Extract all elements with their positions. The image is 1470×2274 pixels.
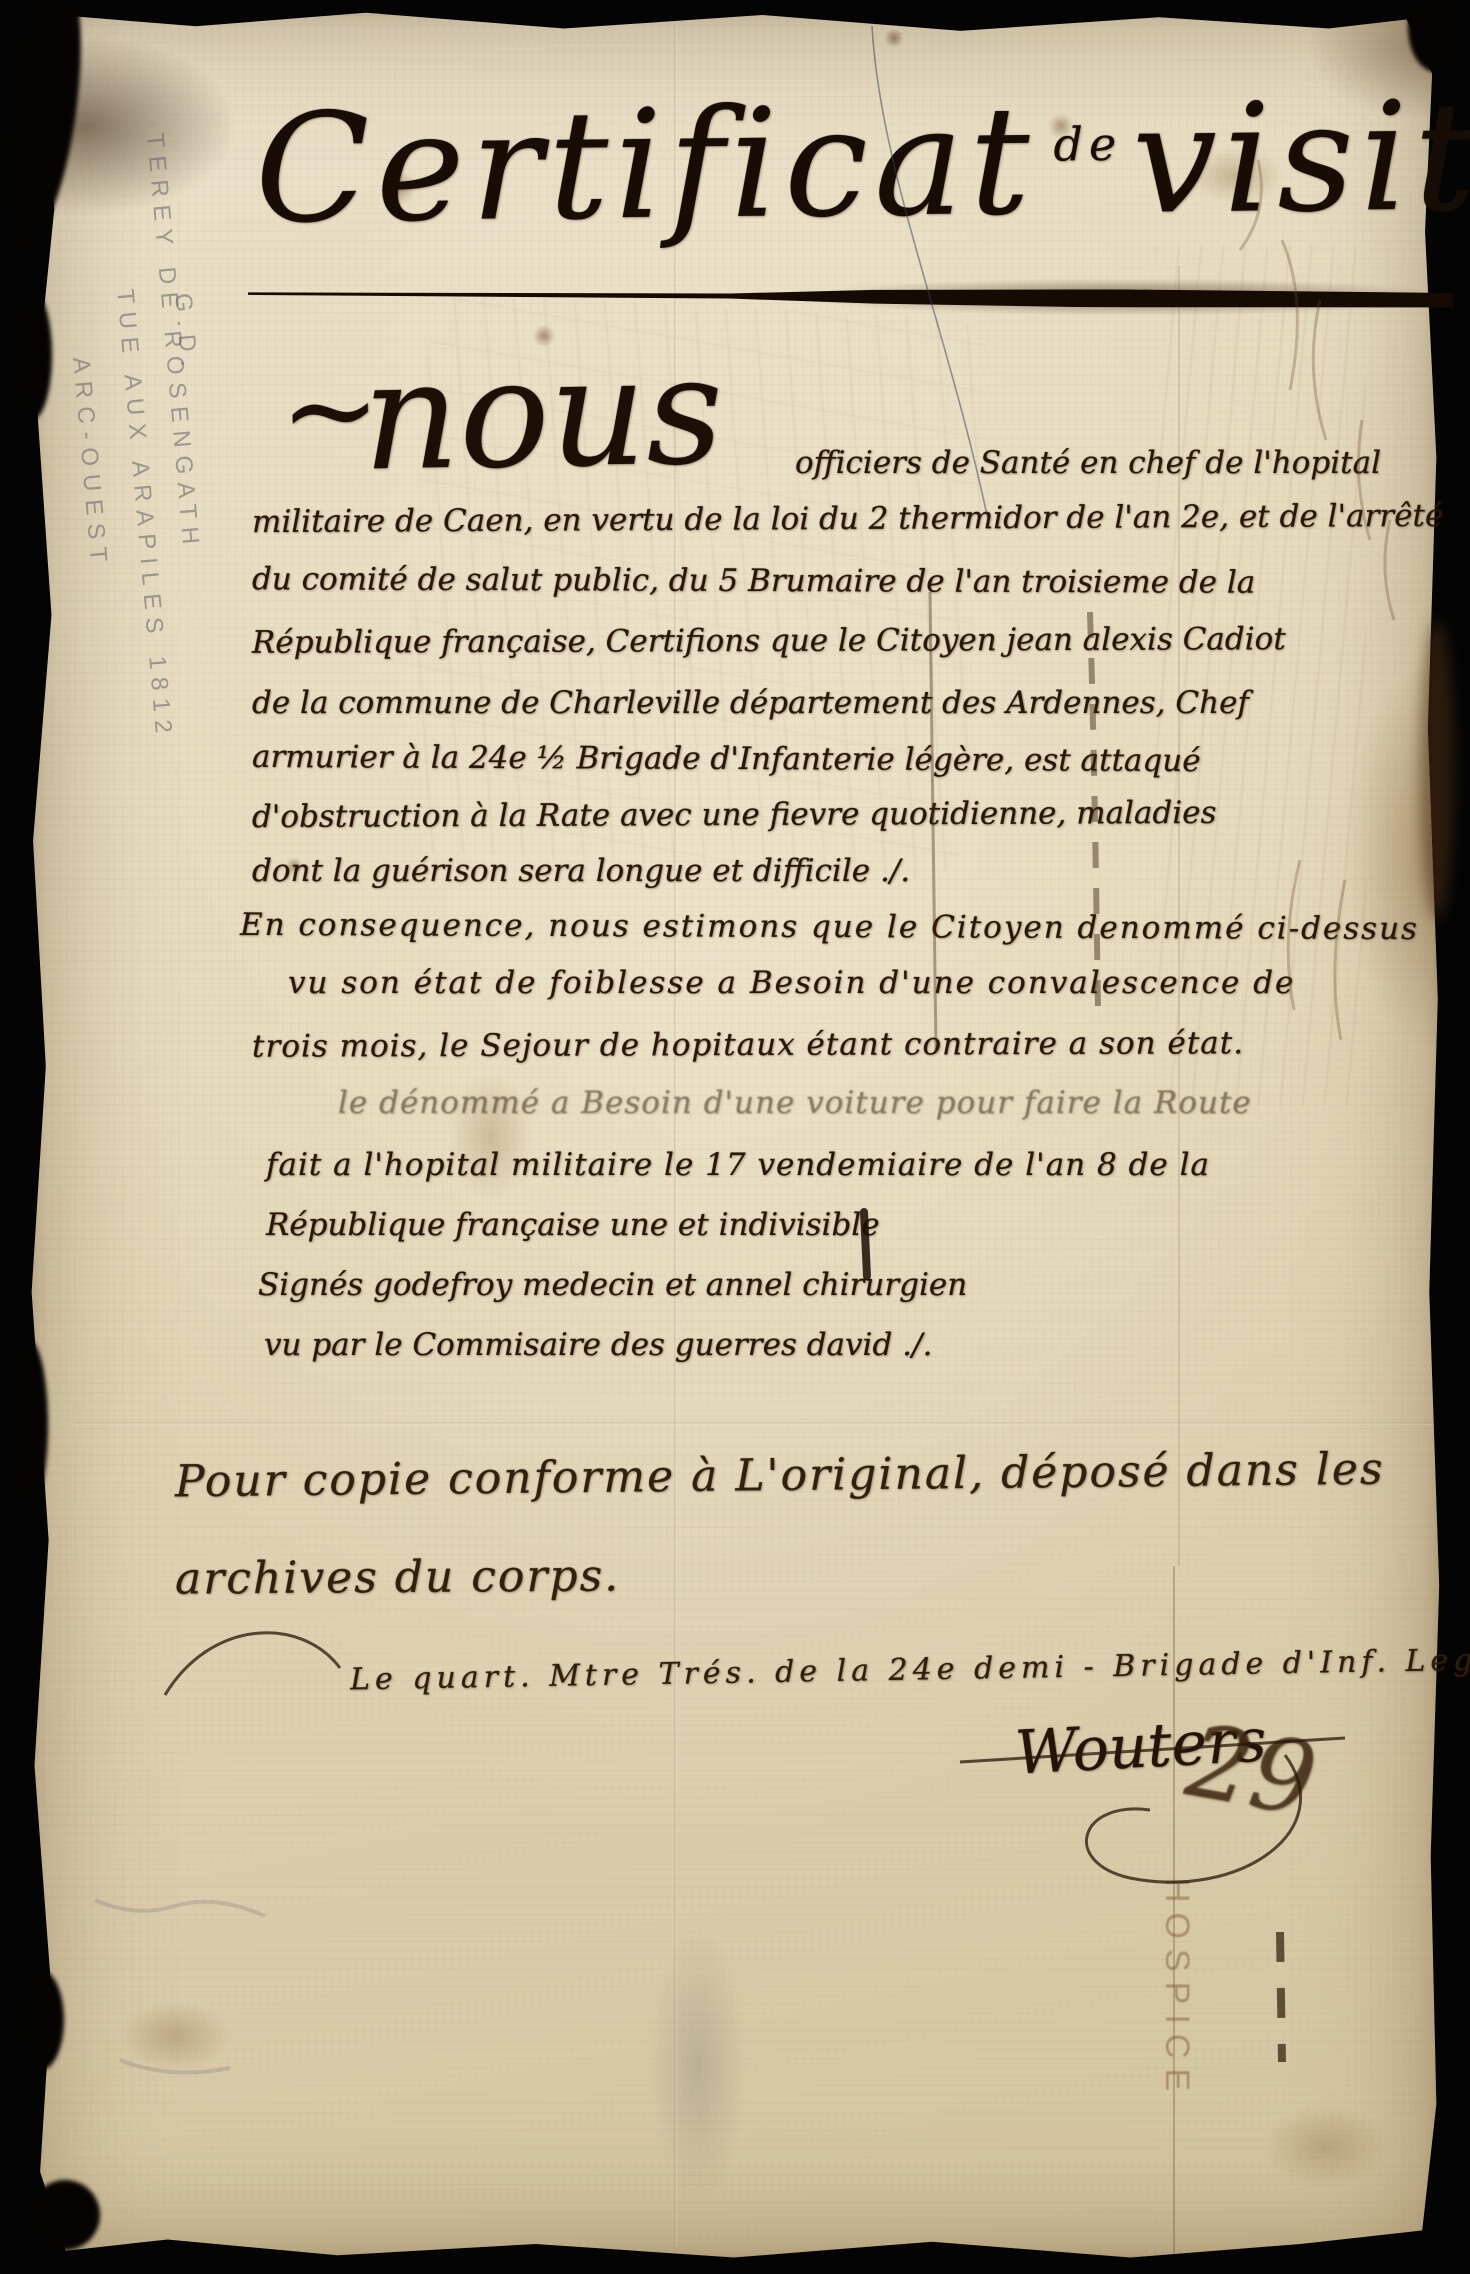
margin-note-pencil: ARC-OUEST	[66, 356, 112, 571]
body-line: d'obstruction à la Rate avec une fievre …	[252, 796, 1217, 834]
body-line: officiers de Santé en chef de l'hopital	[795, 446, 1381, 480]
body-line: dont la guérison sera longue et difficil…	[252, 854, 910, 888]
body-line-faded: le dénommé a Besoin d'une voiture pour f…	[338, 1086, 1252, 1120]
ghost-numeral: 29	[1179, 1702, 1325, 1839]
title-word-visite: visite	[1131, 69, 1470, 248]
certified-copy-line: Pour copie conforme à L'original, déposé…	[175, 1444, 1385, 1508]
body-line: de la commune de Charleville département…	[252, 686, 1249, 720]
body-line: En consequence, nous estimons que le Cit…	[240, 908, 1419, 946]
body-line: République française une et indivisible	[266, 1208, 880, 1242]
body-line: trois mois, le Sejour de hopitaux étant …	[252, 1026, 1244, 1064]
body-line: armurier à la 24e ½ Brigade d'Infanterie…	[252, 740, 1201, 778]
title-word-certificat: Certificat	[254, 75, 1036, 257]
body-line: vu par le Commisaire des guerres david .…	[264, 1328, 932, 1362]
margin-note-pencil: G.D.	[168, 292, 203, 375]
body-line: fait a l'hopital militaire le 17 vendemi…	[266, 1148, 1210, 1182]
body-line: République française, Certifions que le …	[252, 622, 1286, 660]
body-line: vu son état de foiblesse a Besoin d'une …	[288, 966, 1295, 1000]
certified-copy-line: archives du corps.	[175, 1550, 621, 1604]
hospice-stamp-text: HOSPICE	[1157, 1878, 1196, 2101]
page-title: Certificatdevisite	[254, 81, 1470, 245]
body-line: Signés godefroy medecin et annel chirurg…	[258, 1268, 967, 1302]
signature-title: Le quart. Mtre Trés. de la 24e demi - Br…	[350, 1642, 1470, 1698]
title-word-de: de	[1053, 117, 1122, 172]
body-line: du comité de salut public, du 5 Brumaire…	[252, 562, 1255, 600]
opening-word-nous: nous	[279, 336, 725, 494]
body-line: militaire de Caen, en vertu de la loi du…	[252, 499, 1443, 539]
scanned-document-page: Certificatdevisite nous officiers de San…	[0, 0, 1470, 2274]
ink-layer: Certificatdevisite nous officiers de San…	[0, 0, 1470, 2274]
